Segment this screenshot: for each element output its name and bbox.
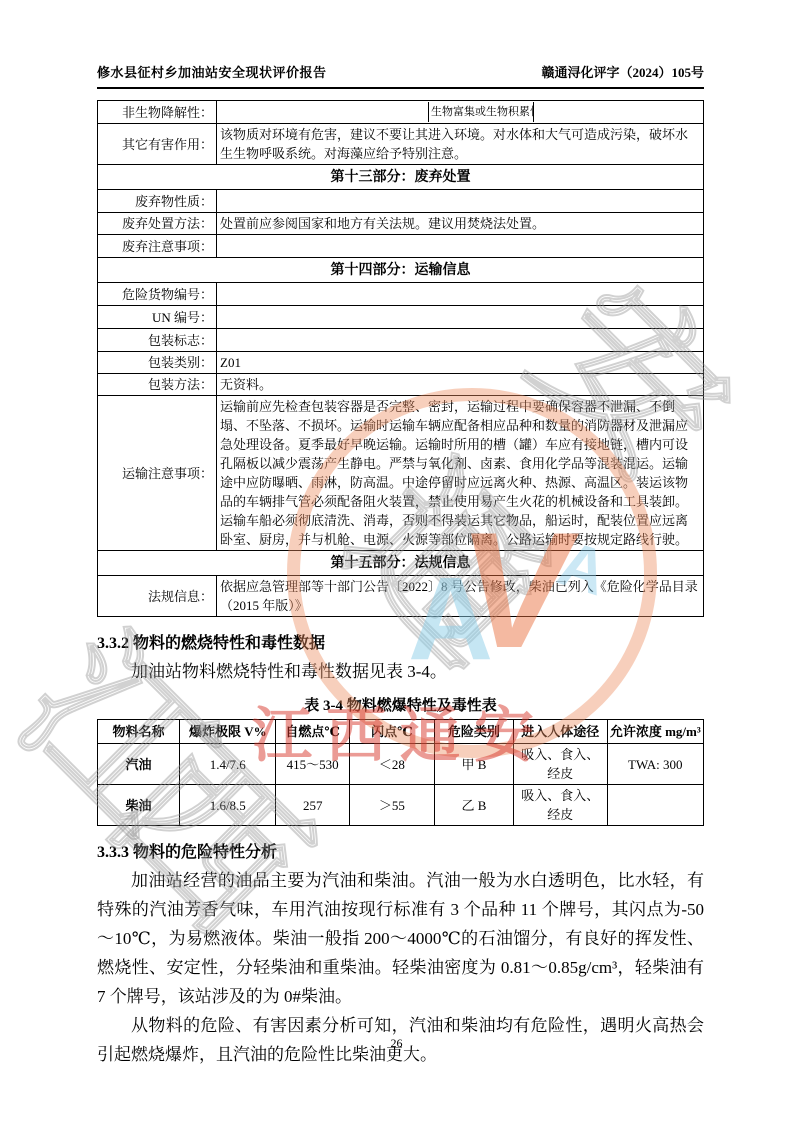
- field-value: 该物质对环境有危害，建议不要让其进入环境。对水体和大气可造成污染，破坏水生生物呼…: [217, 124, 704, 165]
- column-header: 自燃点℃: [276, 720, 349, 744]
- field-value: 无资料。: [217, 374, 704, 396]
- table-header-row: 物料名称 爆炸极限 V% 自燃点℃ 闪点℃ 危险类别 进入人体途径 允许浓度 m…: [98, 720, 704, 744]
- table-row: 废弃处置方法： 处置前应参阅国家和地方有关法规。建议用焚烧法处置。: [98, 213, 704, 235]
- section-heading-333: 3.3.3 物料的危险特性分析: [97, 839, 704, 862]
- table-row: 汽油 1.4/7.6 415～530 ＜28 甲 B 吸入、食入、经皮 TWA:…: [98, 744, 704, 785]
- field-value: 生物富集或生物积累性:: [217, 101, 704, 124]
- field-label: UN 编号：: [98, 306, 217, 329]
- field-label: 包装标志：: [98, 329, 217, 352]
- table-cell: 257: [276, 785, 349, 826]
- table-cell: 1.6/8.5: [180, 785, 276, 826]
- table-row: 包装标志：: [98, 329, 704, 352]
- table-row: 第十三部分：废弃处置: [98, 165, 704, 190]
- field-value: [217, 235, 704, 258]
- field-label: 废弃物性质：: [98, 190, 217, 213]
- field-label: 运输注意事项：: [98, 396, 217, 551]
- column-header: 允许浓度 mg/m³: [607, 720, 703, 744]
- field-label: 其它有害作用：: [98, 124, 217, 165]
- column-header: 物料名称: [98, 720, 180, 744]
- section-heading-332: 3.3.2 物料的燃烧特性和毒性数据: [97, 630, 704, 653]
- document-page: 江 西 通 安 V A A 江西通安 修水县征村乡加油站安全现状评价报告 赣通浔…: [0, 0, 793, 1122]
- table-cell: ＞55: [349, 785, 434, 826]
- table-row: 第十五部分：法规信息: [98, 551, 704, 576]
- table-cell: 甲 B: [434, 744, 513, 785]
- table-row: 法规信息： 依据应急管理部等十部门公告〔2022〕8 号公告修改，柴油已列入《危…: [98, 576, 704, 617]
- table-row: 包装类别： Z01: [98, 352, 704, 374]
- page-number: 26: [0, 1036, 793, 1051]
- field-label: 非生物降解性：: [98, 101, 217, 124]
- table-row: 运输注意事项： 运输前应先检查包装容器是否完整、密封，运输过程中要确保容器不泄漏…: [98, 396, 704, 551]
- field-label: 废弃注意事项：: [98, 235, 217, 258]
- table-row: 非生物降解性： 生物富集或生物积累性:: [98, 101, 704, 124]
- table-row: 包装方法： 无资料。: [98, 374, 704, 396]
- field-label: 危险货物编号：: [98, 283, 217, 306]
- field-value: Z01: [217, 352, 704, 374]
- table-cell: 1.4/7.6: [180, 744, 276, 785]
- section-header: 第十五部分：法规信息: [98, 551, 704, 576]
- table-row: 其它有害作用： 该物质对环境有危害，建议不要让其进入环境。对水体和大气可造成污染…: [98, 124, 704, 165]
- field-value: 运输前应先检查包装容器是否完整、密封，运输过程中要确保容器不泄漏、不倒塌、不坠落…: [217, 396, 704, 551]
- column-header: 进入人体途径: [514, 720, 608, 744]
- table-cell: 吸入、食入、经皮: [514, 744, 608, 785]
- table-cell: 乙 B: [434, 785, 513, 826]
- field-label: 包装类别：: [98, 352, 217, 374]
- column-header: 危险类别: [434, 720, 513, 744]
- page-content: 修水县征村乡加油站安全现状评价报告 赣通浔化评字（2024）105号 非生物降解…: [97, 62, 704, 1069]
- msds-table: 非生物降解性： 生物富集或生物积累性: 其它有害作用： 该物质对环境有危害，建议…: [97, 100, 704, 617]
- table-cell: [607, 785, 703, 826]
- table-row: 柴油 1.6/8.5 257 ＞55 乙 B 吸入、食入、经皮: [98, 785, 704, 826]
- empty-value: [534, 102, 700, 122]
- empty-value: [220, 102, 428, 122]
- paragraph: 加油站经营的油品主要为汽油和柴油。汽油一般为水白透明色，比水轻，有特殊的汽油芳香…: [97, 866, 704, 1011]
- table-cell: ＜28: [349, 744, 434, 785]
- table-cell: 柴油: [98, 785, 180, 826]
- field-value: 处置前应参阅国家和地方有关法规。建议用焚烧法处置。: [217, 213, 704, 235]
- field-label: 包装方法：: [98, 374, 217, 396]
- field-label: 生物富集或生物积累性:: [428, 102, 534, 122]
- field-value: [217, 283, 704, 306]
- field-value: 依据应急管理部等十部门公告〔2022〕8 号公告修改，柴油已列入《危险化学品目录…: [217, 576, 704, 617]
- document-code: 赣通浔化评字（2024）105号: [541, 62, 704, 81]
- field-value: [217, 329, 704, 352]
- table-34-title: 表 3-4 物料燃爆特性及毒性表: [97, 694, 704, 715]
- table-row: 第十四部分：运输信息: [98, 258, 704, 283]
- field-value: [217, 190, 704, 213]
- running-header: 修水县征村乡加油站安全现状评价报告 赣通浔化评字（2024）105号: [97, 62, 704, 89]
- column-header: 爆炸极限 V%: [180, 720, 276, 744]
- section-header: 第十三部分：废弃处置: [98, 165, 704, 190]
- table-row: 废弃注意事项：: [98, 235, 704, 258]
- section-header: 第十四部分：运输信息: [98, 258, 704, 283]
- table-cell: TWA: 300: [607, 744, 703, 785]
- table-row: UN 编号：: [98, 306, 704, 329]
- table-cell: 415～530: [276, 744, 349, 785]
- table-cell: 汽油: [98, 744, 180, 785]
- field-value: [217, 306, 704, 329]
- table-34: 物料名称 爆炸极限 V% 自燃点℃ 闪点℃ 危险类别 进入人体途径 允许浓度 m…: [97, 719, 704, 826]
- table-row: 废弃物性质：: [98, 190, 704, 213]
- column-header: 闪点℃: [349, 720, 434, 744]
- table-row: 危险货物编号：: [98, 283, 704, 306]
- field-label: 法规信息：: [98, 576, 217, 617]
- report-title: 修水县征村乡加油站安全现状评价报告: [97, 62, 327, 81]
- table-cell: 吸入、食入、经皮: [514, 785, 608, 826]
- paragraph: 加油站物料燃烧特性和毒性数据见表 3-4。: [97, 657, 704, 686]
- field-label: 废弃处置方法：: [98, 213, 217, 235]
